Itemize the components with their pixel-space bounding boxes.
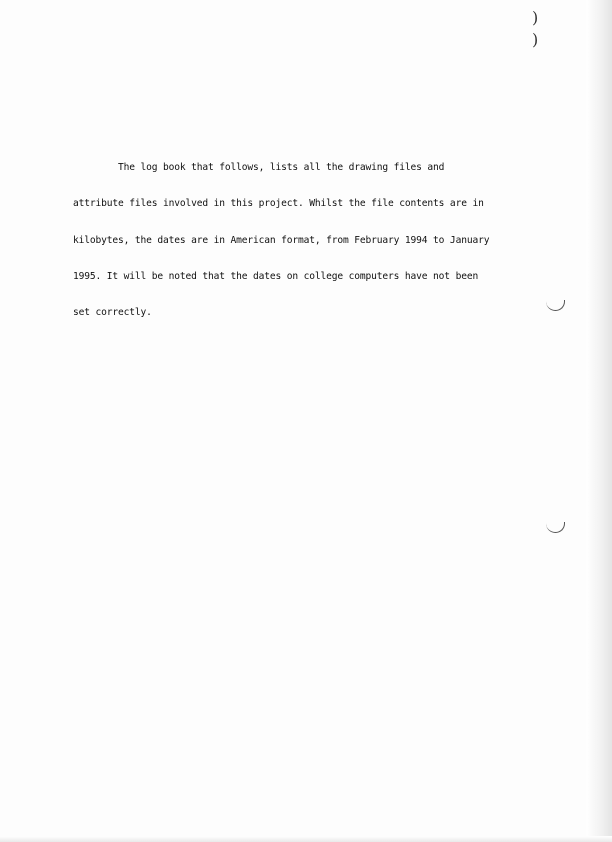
margin-mark: ) [532,30,538,49]
intro-paragraph: The log book that follows, lists all the… [73,138,503,344]
paragraph-line: set correctly. [73,307,503,319]
page-edge-shadow [586,0,612,842]
scanned-page: ) ) The log book that follows, lists all… [0,0,612,842]
punch-hole-mark [546,522,565,533]
margin-mark: ) [532,8,538,27]
paragraph-line: kilobytes, the dates are in American for… [73,235,503,247]
paragraph-line: attribute files involved in this project… [73,198,503,210]
page-bottom-shadow [0,836,612,842]
paragraph-line: The log book that follows, lists all the… [73,162,503,174]
punch-hole-mark [546,300,565,311]
paragraph-line: 1995. It will be noted that the dates on… [73,271,503,283]
